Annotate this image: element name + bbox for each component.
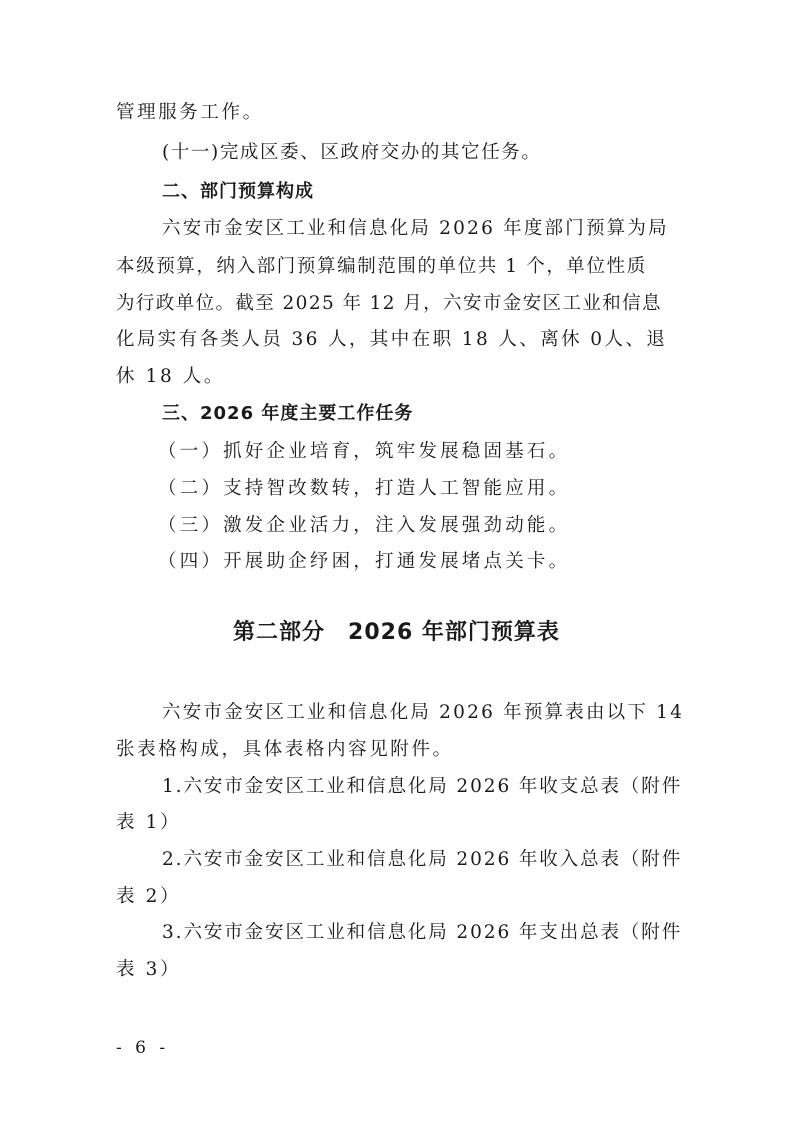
attachment-item: 3.六安市金安区工业和信息化局 2026 年支出总表（附件 [162, 921, 676, 945]
part-two-title: 第二部分 2026 年部门预算表 [0, 618, 793, 648]
document-page: 管理服务工作。 (十一)完成区委、区政府交办的其它任务。 二、部门预算构成 六安… [0, 0, 793, 1122]
attachment-item-continued: 表 1） [116, 811, 676, 835]
attachment-item: 2.六安市金安区工业和信息化局 2026 年收入总表（附件 [162, 848, 676, 872]
section-heading-budget-composition: 二、部门预算构成 [162, 180, 314, 204]
section-heading-main-tasks: 三、2026 年度主要工作任务 [162, 402, 413, 426]
attachment-item: 1.六安市金安区工业和信息化局 2026 年收支总表（附件 [162, 775, 676, 799]
attachment-item-continued: 表 3） [116, 958, 676, 982]
paragraph-line: 张表格构成，具体表格内容见附件。 [116, 738, 676, 762]
paragraph-line: 六安市金安区工业和信息化局 2026 年度部门预算为局 [162, 217, 676, 241]
paragraph-line: 化局实有各类人员 36 人，其中在职 18 人、离休 0人、退 [116, 328, 676, 352]
attachment-item-continued: 表 2） [116, 885, 676, 909]
paragraph-line: (十一)完成区委、区政府交办的其它任务。 [162, 141, 676, 165]
paragraph-line: 六安市金安区工业和信息化局 2026 年预算表由以下 14 [162, 701, 676, 725]
paragraph-line: 管理服务工作。 [116, 101, 676, 125]
task-item: （一）抓好企业培育，筑牢发展稳固基石。 [158, 440, 718, 464]
task-item: （四）开展助企纾困，打通发展堵点关卡。 [158, 550, 718, 574]
page-number: - 6 - [116, 1036, 169, 1060]
task-item: （二）支持智改数转，打造人工智能应用。 [158, 477, 718, 501]
paragraph-line: 休 18 人。 [116, 365, 676, 389]
task-item: （三）激发企业活力，注入发展强劲动能。 [158, 514, 718, 538]
paragraph-line: 本级预算，纳入部门预算编制范围的单位共 1 个，单位性质 [116, 255, 676, 279]
paragraph-line: 为行政单位。截至 2025 年 12 月，六安市金安区工业和信息 [116, 292, 676, 316]
